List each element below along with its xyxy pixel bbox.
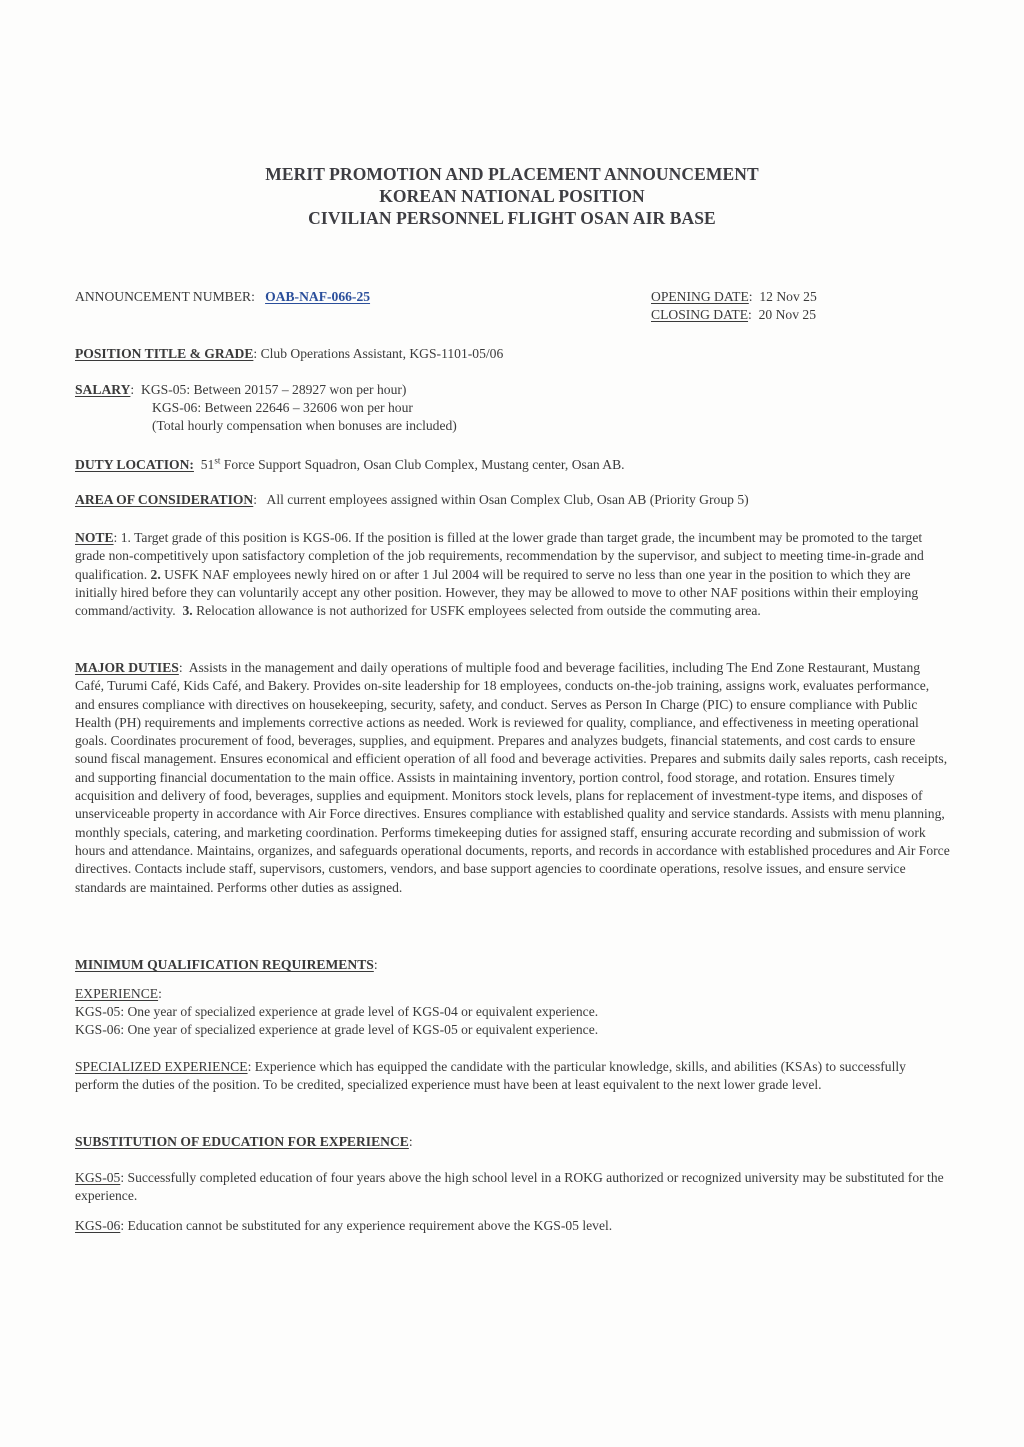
area-of-consideration-row: AREA OF CONSIDERATION: All current emplo…	[75, 491, 749, 509]
salary-line: KGS-06: Between 22646 – 32606 won per ho…	[152, 399, 413, 417]
announcement-page: MERIT PROMOTION AND PLACEMENT ANNOUNCEME…	[0, 0, 1024, 1447]
closing-date-label: CLOSING DATE	[651, 307, 748, 322]
duty-location-number: 51	[201, 457, 215, 472]
substitution-label: SUBSTITUTION OF EDUCATION FOR EXPERIENCE	[75, 1134, 409, 1149]
duty-location-value: Force Support Squadron, Osan Club Comple…	[224, 457, 625, 472]
position-title-value: Club Operations Assistant, KGS-1101-05/0…	[261, 346, 504, 361]
area-of-consideration-label: AREA OF CONSIDERATION	[75, 492, 253, 507]
opening-date-row: OPENING DATE: 12 Nov 25	[651, 288, 817, 306]
substitution-item: KGS-06: Education cannot be substituted …	[75, 1217, 950, 1235]
major-duties-section: MAJOR DUTIES: Assists in the management …	[75, 659, 950, 897]
duty-location-row: DUTY LOCATION: 51st Force Support Squadr…	[75, 456, 625, 474]
announcement-number-link[interactable]: OAB-NAF-066-25	[265, 289, 370, 304]
major-duties-text: Assists in the management and daily oper…	[75, 660, 950, 895]
document-header: MERIT PROMOTION AND PLACEMENT ANNOUNCEME…	[0, 163, 1024, 229]
closing-date-row: CLOSING DATE: 20 Nov 25	[651, 306, 816, 324]
salary-label: SALARY	[75, 382, 130, 397]
substitution-grade: KGS-05	[75, 1170, 120, 1185]
substitution-item: KGS-05: Successfully completed education…	[75, 1169, 950, 1206]
salary-row: SALARY: KGS-05: Between 20157 – 28927 wo…	[75, 381, 406, 399]
announcement-number-row: ANNOUNCEMENT NUMBER: OAB-NAF-066-25	[75, 288, 370, 306]
note-text: Relocation allowance is not authorized f…	[196, 603, 761, 618]
closing-date-value: 20 Nov 25	[759, 307, 816, 322]
major-duties-label: MAJOR DUTIES	[75, 660, 179, 675]
area-of-consideration-value: All current employees assigned within Os…	[267, 492, 749, 507]
salary-line: KGS-05: Between 20157 – 28927 won per ho…	[141, 382, 406, 397]
opening-date-value: 12 Nov 25	[759, 289, 816, 304]
substitution-text: Successfully completed education of four…	[75, 1170, 944, 1203]
position-title-row: POSITION TITLE & GRADE: Club Operations …	[75, 345, 503, 363]
substitution-heading: SUBSTITUTION OF EDUCATION FOR EXPERIENCE…	[75, 1133, 413, 1151]
salary-note: (Total hourly compensation when bonuses …	[152, 417, 457, 435]
header-organization: CIVILIAN PERSONNEL FLIGHT OSAN AIR BASE	[0, 207, 1024, 229]
opening-date-label: OPENING DATE	[651, 289, 749, 304]
duty-location-ordinal: st	[214, 455, 220, 465]
note-number: 2.	[151, 567, 161, 582]
experience-heading: EXPERIENCE:	[75, 985, 162, 1003]
note-number: 3.	[182, 603, 192, 618]
specialized-experience-label: SPECIALIZED EXPERIENCE	[75, 1059, 248, 1074]
experience-line: KGS-05: One year of specialized experien…	[75, 1003, 598, 1021]
qualifications-heading: MINIMUM QUALIFICATION REQUIREMENTS:	[75, 956, 378, 974]
header-subtitle: KOREAN NATIONAL POSITION	[0, 185, 1024, 207]
note-label: NOTE	[75, 530, 114, 545]
header-title: MERIT PROMOTION AND PLACEMENT ANNOUNCEME…	[0, 163, 1024, 185]
announcement-number-label: ANNOUNCEMENT NUMBER:	[75, 289, 255, 304]
experience-label: EXPERIENCE	[75, 986, 158, 1001]
substitution-grade: KGS-06	[75, 1218, 120, 1233]
duty-location-label: DUTY LOCATION:	[75, 457, 194, 472]
note-number: 1.	[121, 530, 131, 545]
position-title-label: POSITION TITLE & GRADE	[75, 346, 253, 361]
substitution-text: Education cannot be substituted for any …	[128, 1218, 613, 1233]
note-section: NOTE: 1. Target grade of this position i…	[75, 529, 950, 620]
specialized-experience-section: SPECIALIZED EXPERIENCE: Experience which…	[75, 1058, 950, 1095]
experience-line: KGS-06: One year of specialized experien…	[75, 1021, 598, 1039]
qualifications-label: MINIMUM QUALIFICATION REQUIREMENTS	[75, 957, 374, 972]
